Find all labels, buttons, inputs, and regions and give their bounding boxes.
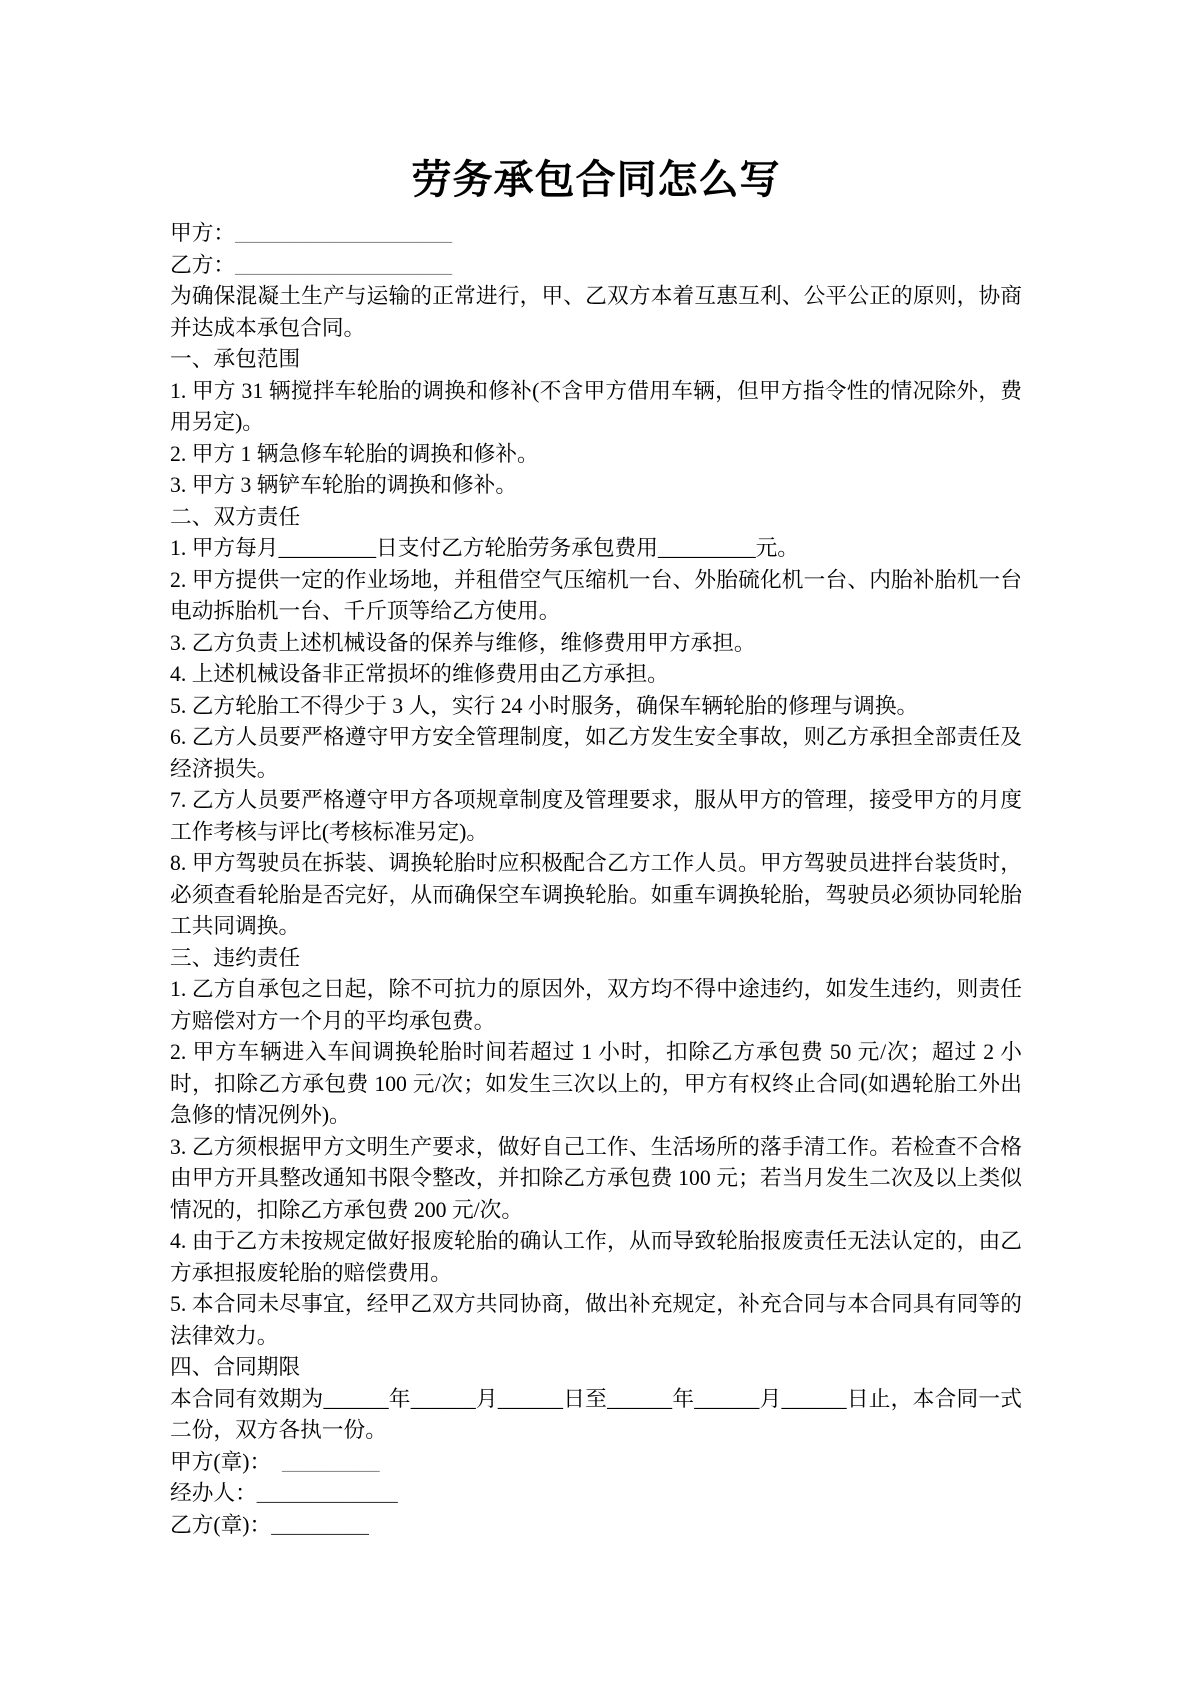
section-heading-responsibilities: 二、双方责任 [170,502,1022,534]
contract-paragraph: 2. 甲方 1 辆急修车轮胎的调换和修补。 [170,439,1022,471]
party-a-blank-underline: ____________________ [235,221,452,245]
party-b-line: 乙方：____________________ [170,250,1022,282]
contract-paragraph: 1. 甲方 31 辆搅拌车轮胎的调换和修补(不含甲方借用车辆，但甲方指令性的情况… [170,376,1022,439]
contract-paragraph: 8. 甲方驾驶员在拆装、调换轮胎时应积极配合乙方工作人员。甲方驾驶员进拌台装货时… [170,848,1022,943]
seal-a-blank-underline: _________ [260,1450,379,1474]
party-a-label: 甲方： [170,221,235,245]
contract-paragraph: 3. 乙方须根据甲方文明生产要求，做好自己工作、生活场所的落手清工作。若检查不合… [170,1132,1022,1227]
seal-a-label: 甲方(章)： [170,1450,260,1474]
contract-document-page: 劳务承包合同怎么写 甲方：____________________ 乙方：___… [0,0,1190,1683]
contract-paragraph: 7. 乙方人员要严格遵守甲方各项规章制度及管理要求，服从甲方的管理，接受甲方的月… [170,785,1022,848]
document-content: 劳务承包合同怎么写 甲方：____________________ 乙方：___… [0,0,1190,1541]
contract-paragraph: 1. 甲方每月_________日支付乙方轮胎劳务承包费用_________元。 [170,533,1022,565]
seal-a-line: 甲方(章)： _________ [170,1447,1022,1479]
agent-line: 经办人：_____________ [170,1478,1022,1510]
agent-blank-underline: _____________ [257,1481,398,1505]
section-heading-term: 四、合同期限 [170,1352,1022,1384]
contract-paragraph: 5. 本合同未尽事宜，经甲乙双方共同协商，做出补充规定，补充合同与本合同具有同等… [170,1289,1022,1352]
agent-label: 经办人： [170,1481,257,1505]
party-b-blank-underline: ____________________ [235,253,452,277]
seal-b-blank-underline: _________ [271,1513,369,1537]
document-title: 劳务承包合同怎么写 [170,0,1022,209]
contract-paragraph: 4. 由于乙方未按规定做好报废轮胎的确认工作，从而导致轮胎报废责任无法认定的，由… [170,1226,1022,1289]
contract-paragraph: 6. 乙方人员要严格遵守甲方安全管理制度，如乙方发生安全事故，则乙方承担全部责任… [170,722,1022,785]
party-a-line: 甲方：____________________ [170,218,1022,250]
contract-paragraph: 2. 甲方车辆进入车间调换轮胎时间若超过 1 小时，扣除乙方承包费 50 元/次… [170,1037,1022,1132]
contract-paragraph: 4. 上述机械设备非正常损坏的维修费用由乙方承担。 [170,659,1022,691]
section-heading-scope: 一、承包范围 [170,344,1022,376]
section-heading-breach: 三、违约责任 [170,943,1022,975]
contract-paragraph: 1. 乙方自承包之日起，除不可抗力的原因外，双方均不得中途违约，如发生违约，则责… [170,974,1022,1037]
contract-paragraph: 2. 甲方提供一定的作业场地，并租借空气压缩机一台、外胎硫化机一台、内胎补胎机一… [170,565,1022,628]
contract-paragraph: 3. 甲方 3 辆铲车轮胎的调换和修补。 [170,470,1022,502]
party-b-label: 乙方： [170,253,235,277]
seal-b-line: 乙方(章)：_________ [170,1510,1022,1542]
contract-paragraph: 3. 乙方负责上述机械设备的保养与维修，维修费用甲方承担。 [170,628,1022,660]
seal-b-label: 乙方(章)： [170,1513,271,1537]
document-body: 甲方：____________________ 乙方：_____________… [170,218,1022,1541]
contract-paragraph: 5. 乙方轮胎工不得少于 3 人，实行 24 小时服务，确保车辆轮胎的修理与调换… [170,691,1022,723]
contract-intro-paragraph: 为确保混凝土生产与运输的正常进行，甲、乙双方本着互惠互利、公平公正的原则，协商并… [170,281,1022,344]
contract-paragraph: 本合同有效期为______年______月______日至______年____… [170,1384,1022,1447]
